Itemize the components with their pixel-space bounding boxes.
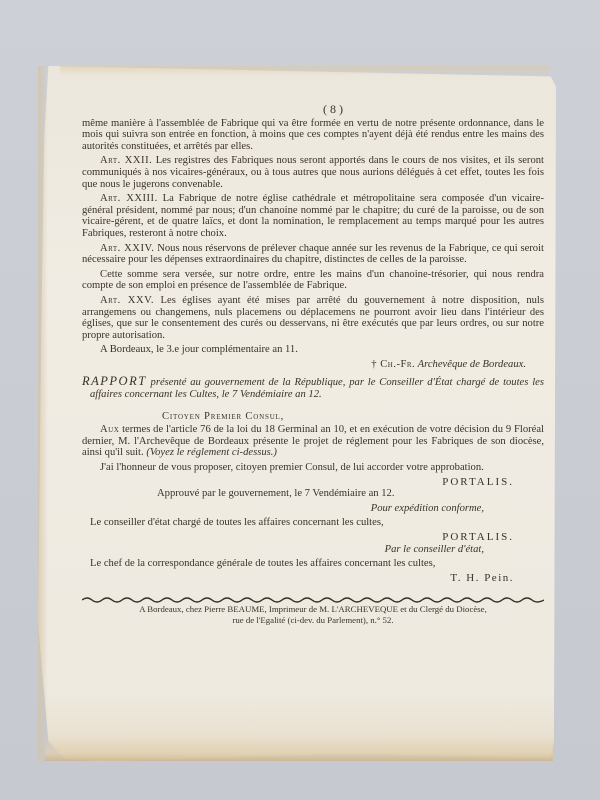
- paper-stain-left: [38, 66, 48, 762]
- letter-body-1: Aux termes de l'article 76 de la loi du …: [82, 424, 544, 459]
- article-25: Art. XXV. Les églises ayant été mises pa…: [82, 295, 544, 341]
- signer-name: † Ch.-Fr.: [371, 359, 415, 370]
- paper-stain-bottom: [45, 735, 553, 761]
- article-24: Art. XXIV. Nous nous réservons de prélev…: [82, 243, 544, 266]
- signature-portalis-1: PORTALIS.: [82, 477, 514, 489]
- ornamental-wave-rule: [82, 596, 544, 604]
- paper-stain-top: [60, 66, 550, 76]
- article-22: Art. XXII. Les registres des Fabriques n…: [82, 155, 544, 190]
- rapport-text: présenté au gouvernement de la Républiqu…: [90, 377, 544, 400]
- chef-line: Le chef de la correspondance générale de…: [82, 558, 544, 570]
- archbishop-signature: † Ch.-Fr. Archevêque de Bordeaux.: [82, 359, 544, 371]
- article-text: Les registres des Fabriques nous seront …: [82, 155, 544, 189]
- paragraph-continuation: même manière à l'assemblée de Fabrique q…: [82, 118, 544, 153]
- salutation: Citoyen Premier Consul,: [82, 411, 544, 423]
- conseiller-line: Le conseiller d'état chargé de toutes le…: [82, 517, 544, 529]
- approval-line: Approuvé par le gouvernement, le 7 Vendé…: [82, 488, 544, 500]
- article-23: Art. XXIII. La Fabrique de notre église …: [82, 193, 544, 239]
- letter-lead: Aux: [100, 424, 119, 435]
- page-number: ( 8 ): [82, 104, 544, 116]
- article-24-continued: Cette somme sera versée, sur notre ordre…: [82, 269, 544, 292]
- signer-title: Archevêque de Bordeaux.: [415, 359, 526, 370]
- letter-body-2: J'ai l'honneur de vous proposer, citoyen…: [82, 462, 544, 474]
- letter-reference: (Voyez le réglement ci-dessus.): [146, 447, 277, 458]
- rapport-heading: RAPPORT présenté au gouvernement de la R…: [82, 376, 544, 400]
- document-page: ( 8 ) même manière à l'assemblée de Fabr…: [82, 104, 544, 625]
- par-conseiller-line: Par le conseiller d'état,: [82, 544, 544, 556]
- rapport-lead: RAPPORT: [82, 374, 147, 388]
- expedition-line: Pour expédition conforme,: [82, 503, 544, 515]
- article-label: Art. XXIV.: [100, 243, 154, 254]
- article-label: Art. XXV.: [100, 295, 154, 306]
- imprint-line-1: A Bordeaux, chez Pierre BEAUME, Imprimeu…: [82, 604, 544, 615]
- article-label: Art. XXII.: [100, 155, 152, 166]
- imprint-line-2: rue de l'Egalité (ci-dev. du Parlement),…: [82, 615, 544, 626]
- article-label: Art. XXIII.: [100, 193, 158, 204]
- printer-imprint: A Bordeaux, chez Pierre BEAUME, Imprimeu…: [82, 604, 544, 625]
- signature-portalis-2: PORTALIS.: [82, 532, 514, 544]
- signature-pein: T. H. Pein.: [82, 573, 514, 585]
- dateline: A Bordeaux, le 3.e jour complémentaire a…: [82, 344, 544, 356]
